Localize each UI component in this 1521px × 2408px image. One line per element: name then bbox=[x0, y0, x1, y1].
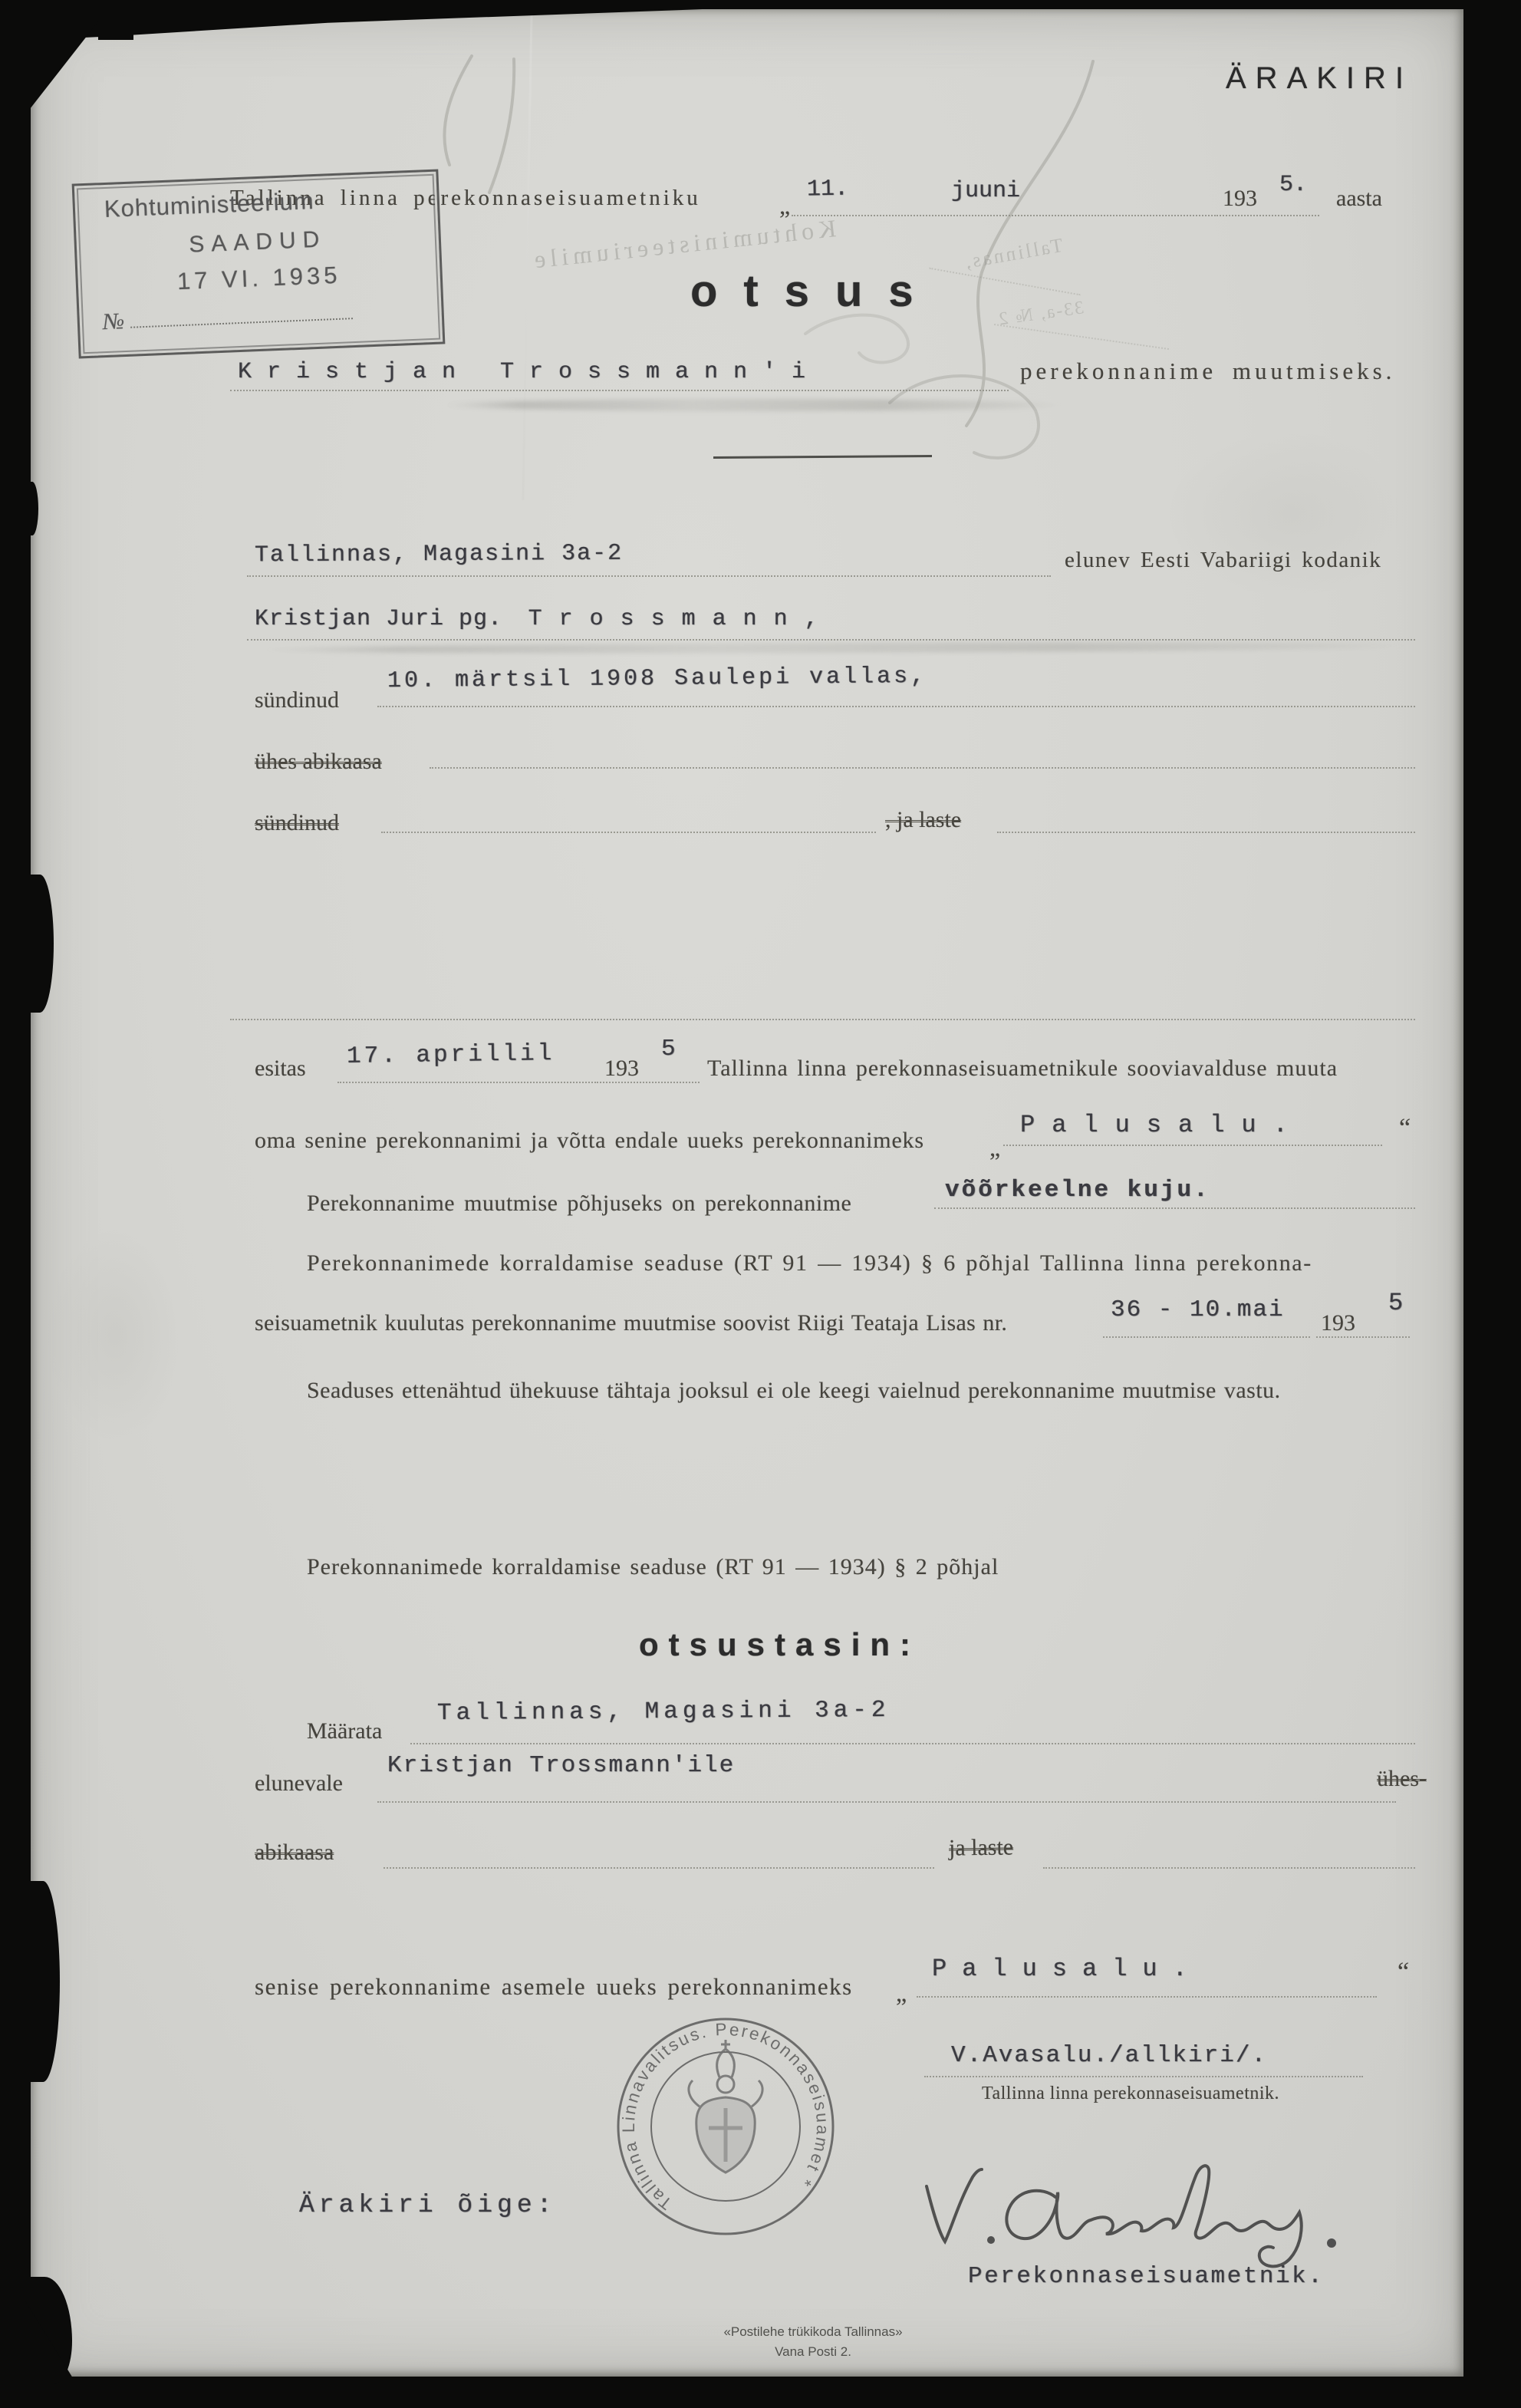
filed-date-typed: 17. aprillil bbox=[347, 1040, 555, 1070]
printer-imprint-line2: Vana Posti 2. bbox=[660, 2344, 966, 2360]
replace-text: senise perekonnanime asemele uueks perek… bbox=[255, 1973, 853, 2001]
copy-certified-typed: Ärakiri õige: bbox=[299, 2191, 556, 2219]
children-label-struck: , ja laste bbox=[885, 807, 961, 833]
decision-heading: otsustasin: bbox=[639, 1626, 920, 1663]
dotted-line bbox=[384, 1867, 934, 1869]
dotted-line bbox=[1220, 215, 1319, 216]
dotted-line bbox=[381, 832, 876, 833]
ruling-residence-typed: Tallinnas, Magasini 3a-2 bbox=[437, 1697, 891, 1727]
coat-of-arms-icon bbox=[689, 2040, 762, 2172]
spouse-label-struck: ühes abikaasa bbox=[255, 749, 382, 775]
received-stamp: Kohtuministeerium SAADUD 17 VI. 1935 № bbox=[72, 170, 446, 359]
hand-signature-title: Perekonnaseisuametnik. bbox=[968, 2263, 1324, 2290]
received-stamp-date: 17 VI. 1935 bbox=[77, 258, 440, 300]
with-label-struck: ühes- bbox=[1377, 1766, 1427, 1792]
received-stamp-org: Kohtuministeerium bbox=[104, 187, 314, 223]
dotted-line bbox=[1043, 1867, 1415, 1869]
header-day-typed: 11. bbox=[807, 176, 849, 203]
round-stamp: Tallinna Linnavalitsus. Perekonnaseisuam… bbox=[611, 2011, 841, 2242]
pencil-smudge bbox=[445, 399, 1066, 411]
scanned-document: Kohtuministeeriumile Tallinnas, 33-a, № … bbox=[0, 0, 1521, 2408]
typed-signature: V.Avasalu./allkiri/. bbox=[951, 2042, 1267, 2069]
dotted-line bbox=[377, 1801, 1396, 1803]
subject-name-typed: Kristjan Trossmann'i bbox=[238, 359, 821, 385]
header-open-quote: „ bbox=[779, 192, 790, 220]
dotted-line bbox=[377, 706, 1415, 707]
law2-text: Perekonnanimede korraldamise seaduse (RT… bbox=[307, 1554, 999, 1580]
dotted-line bbox=[917, 1996, 1377, 1998]
born-label2-struck: sündinud bbox=[255, 810, 339, 836]
petitioner-surname: Trossmann, bbox=[528, 606, 835, 632]
new-name-open-quote: „ bbox=[989, 1134, 1000, 1162]
paper-stain bbox=[1166, 430, 1411, 598]
dotted-line bbox=[792, 215, 1218, 216]
birth-typed: 10. märtsil 1908 Saulepi vallas, bbox=[387, 664, 927, 694]
scan-edge-right bbox=[1463, 0, 1521, 2408]
header-year-word: aasta bbox=[1336, 186, 1382, 212]
ruling-open-quote: „ bbox=[896, 1979, 907, 2008]
petitioner-name-typed: Kristjan Juri pg. Trossmann, bbox=[255, 604, 835, 632]
reason-label: Perekonnanime muutmise põhjuseks on pere… bbox=[307, 1191, 851, 1217]
new-name-typed: Palusalu. bbox=[1020, 1111, 1305, 1139]
dotted-line bbox=[1103, 1336, 1310, 1338]
ruling-spouse-struck: abikaasa bbox=[255, 1840, 334, 1866]
dotted-line bbox=[600, 1082, 700, 1083]
numero-sign: № bbox=[102, 308, 125, 334]
scan-edge-bottom bbox=[0, 2377, 1521, 2408]
ruling-new-name-typed: Palusalu. bbox=[932, 1955, 1203, 1983]
gazette-year-typed: 5 bbox=[1388, 1289, 1403, 1317]
ruling-close-quote: “ bbox=[1398, 1958, 1409, 1987]
reason-typed: võõrkeelne kuju. bbox=[945, 1177, 1210, 1204]
residence-typed: Tallinnas, Magasini 3a-2 bbox=[255, 541, 623, 569]
assign-label: Määrata bbox=[307, 1718, 382, 1744]
filed-text: Tallinna linna perekonnaseisuametnikule … bbox=[707, 1056, 1338, 1082]
dotted-line bbox=[997, 832, 1415, 833]
dotted-line bbox=[337, 1082, 598, 1083]
gazette-year-printed: 193 bbox=[1321, 1310, 1355, 1336]
dotted-line bbox=[924, 2076, 1363, 2077]
dotted-line bbox=[1003, 1145, 1382, 1146]
filed-year-typed: 5 bbox=[661, 1036, 676, 1062]
document-title: otsus bbox=[690, 265, 940, 317]
subject-purpose: perekonnanime muutmiseks. bbox=[1020, 357, 1395, 385]
law6-line1: Perekonnanimede korraldamise seaduse (RT… bbox=[307, 1250, 1312, 1276]
header-year-printed: 193 bbox=[1223, 186, 1257, 212]
dotted-line bbox=[1316, 1336, 1410, 1338]
dotted-line bbox=[247, 575, 1051, 577]
scan-notch bbox=[26, 875, 54, 1013]
received-stamp-number-label: № bbox=[102, 299, 353, 335]
citizen-label: elunev Eesti Vabariigi kodanik bbox=[1065, 548, 1381, 573]
scan-edge-tab bbox=[98, 0, 133, 40]
filed-label: esitas bbox=[255, 1056, 306, 1082]
new-name-close-quote: “ bbox=[1399, 1114, 1411, 1143]
printer-imprint-line1: «Postilehe trükikoda Tallinnas» bbox=[660, 2324, 966, 2340]
born-label: sündinud bbox=[255, 687, 339, 713]
no-objection-text: Seaduses ettenähtud ühekuuse tähtaja joo… bbox=[307, 1378, 1281, 1404]
dotted-line bbox=[410, 1743, 1415, 1744]
pencil-marks bbox=[399, 42, 1151, 487]
dotted-line bbox=[430, 767, 1415, 769]
copy-stamp-label: ÄRAKIRI bbox=[1226, 61, 1413, 96]
header-month-typed: juuni bbox=[951, 178, 1020, 204]
dotted-line bbox=[934, 1207, 1415, 1209]
petitioner-name-prefix: Kristjan Juri pg. bbox=[255, 606, 502, 632]
received-stamp-status: SAADUD bbox=[76, 222, 439, 263]
header-year-typed: 5. bbox=[1279, 172, 1307, 198]
stamp-dotted-line bbox=[130, 301, 353, 328]
paper-stain bbox=[46, 1227, 184, 1442]
law6-line2: seisuametnik kuulutas perekonnanime muut… bbox=[255, 1310, 1007, 1336]
dotted-line bbox=[230, 390, 1009, 391]
gazette-no-typed: 36 - 10.mai bbox=[1111, 1296, 1285, 1323]
typed-signature-title: Tallinna linna perekonnaseisuametnik. bbox=[982, 2084, 1279, 2104]
filed-text2: oma senine perekonnanimi ja võtta endale… bbox=[255, 1128, 924, 1154]
dotted-line bbox=[247, 639, 1415, 641]
ruling-children-struck: ja laste bbox=[949, 1834, 1014, 1861]
dotted-line bbox=[230, 1019, 1415, 1020]
filed-year-printed: 193 bbox=[604, 1056, 639, 1082]
scan-notch bbox=[26, 1881, 60, 2082]
ruling-person-typed: Kristjan Trossmann'ile bbox=[387, 1752, 735, 1779]
resident-label: elunevale bbox=[255, 1771, 343, 1797]
scan-notch bbox=[26, 482, 38, 535]
